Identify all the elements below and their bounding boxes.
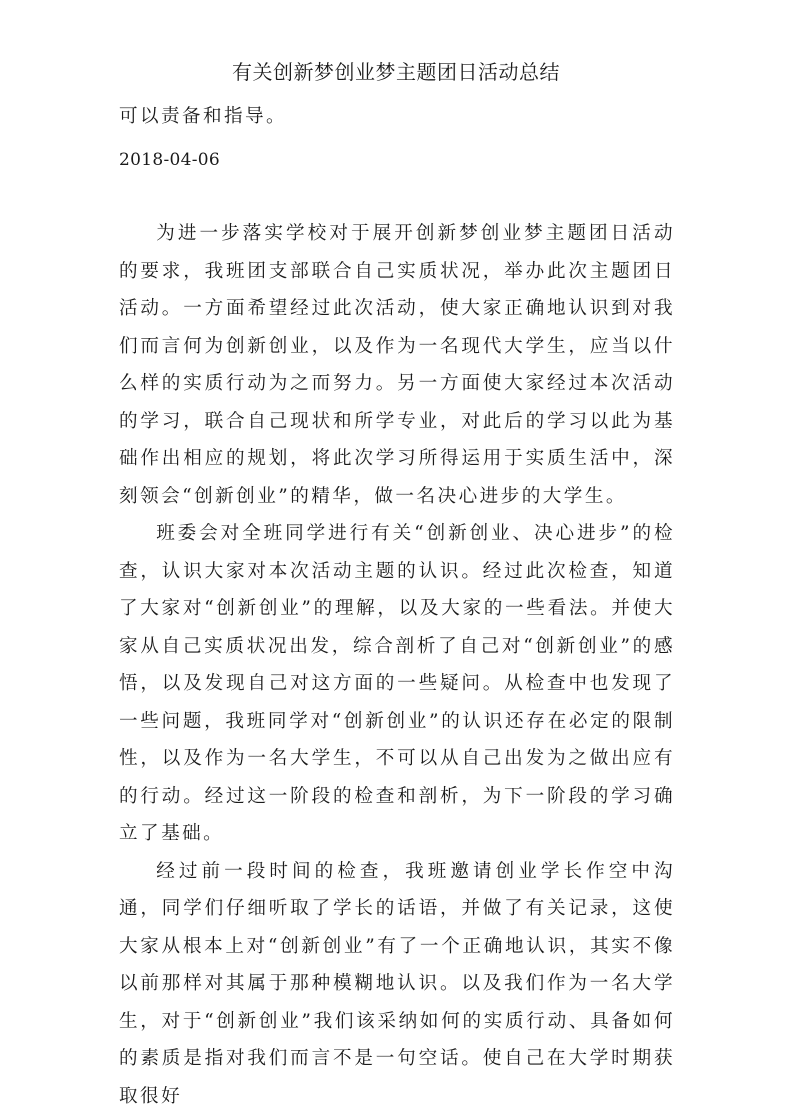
- fragment-line: 可以责备和指导。: [119, 103, 675, 131]
- paragraph-3: 经过前一段时间的检查，我班邀请创业学长作空中沟通，同学们仔细听取了学长的话语，并…: [119, 853, 675, 1116]
- document-body: 为进一步落实学校对于展开创新梦创业梦主题团日活动的要求，我班团支部联合自己实质状…: [119, 215, 675, 1115]
- paragraph-2: 班委会对全班同学进行有关“创新创业、决心进步”的检查，认识大家对本次活动主题的认…: [119, 515, 675, 853]
- document-page: 有关创新梦创业梦主题团日活动总结 可以责备和指导。 2018-04-06 为进一…: [0, 0, 792, 1120]
- document-date: 2018-04-06: [119, 146, 675, 174]
- document-title: 有关创新梦创业梦主题团日活动总结: [0, 58, 792, 86]
- paragraph-1: 为进一步落实学校对于展开创新梦创业梦主题团日活动的要求，我班团支部联合自己实质状…: [119, 215, 675, 515]
